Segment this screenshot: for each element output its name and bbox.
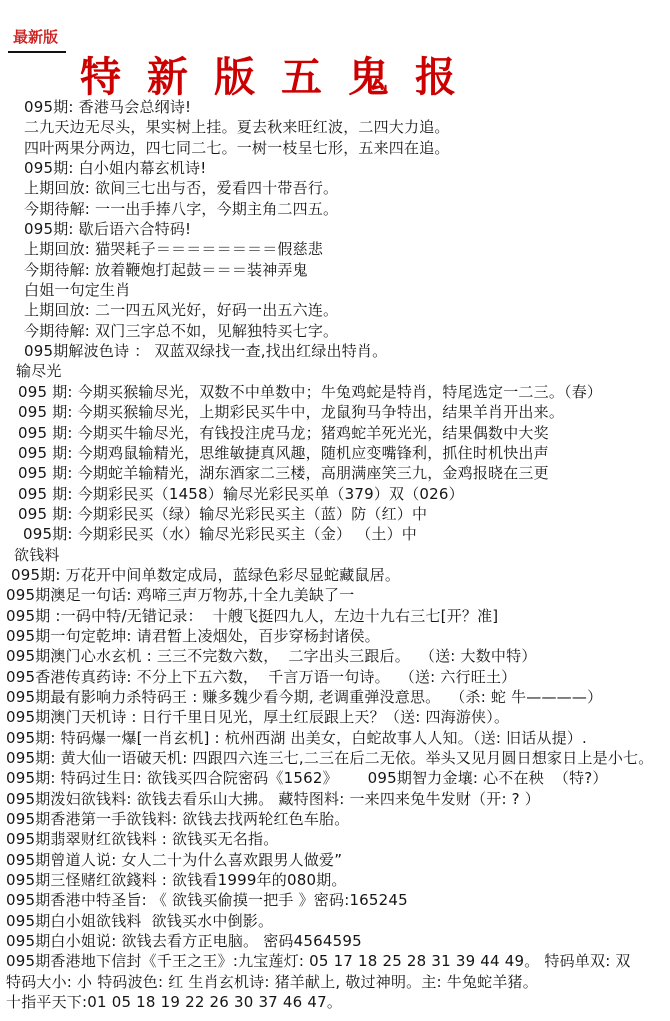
text-line: 095期: 万花开中间单数定成局，蓝绿色彩尽显蛇藏鼠居。 — [0, 565, 670, 585]
text-line: 095期: 黄大仙一语破天机: 四跟四六连三七,二三在后二无依。举头又见月圆日想… — [0, 748, 670, 768]
text-line: 095期三怪赌红欲錢料 : 欲钱看1999年的080期。 — [0, 870, 670, 890]
text-line: 095期: 特码爆一爆[一肖玄机] : 杭州西湖 出美女，白蛇故事人人知。（送:… — [0, 728, 670, 748]
text-line: 095 期: 今期蛇羊输精光，湖东酒家二三楼，高朋满座笑三九，金鸡报晓在三更 — [0, 463, 670, 483]
text-line: 095 期: 今期买猴输尽光，双数不中单数中；牛兔鸡蛇是特肖，特尾选定一二三。（… — [0, 382, 670, 402]
text-line: 095期香港地下信封《千王之王》:九宝莲灯: 05 17 18 25 28 31… — [0, 951, 670, 971]
text-line: 095 期: 今期买猴输尽光，上期彩民买牛中，龙鼠狗马争特出，结果羊肖开出来。 — [0, 402, 670, 422]
text-line: 095香港传真药诗: 不分上下五六数， 千言万语一句诗。 （送: 六行旺土） — [0, 667, 670, 687]
text-line: 上期回放: 猫哭耗子＝＝＝＝＝＝＝＝假慈悲 — [0, 239, 670, 259]
text-line: 095期: 特码过生日: 欲钱买四合院密码《1562》 095期智力金壤: 心不… — [0, 768, 670, 788]
section-heading: 输尽光 — [0, 361, 670, 381]
text-line: 四叶两果分两边，四七同二七。一树一枝呈七形，五来四在追。 — [0, 138, 670, 158]
text-line: 095期最有影响力杀特码王 : 赚多魏少看今期, 老调重弹没意思。 （杀: 蛇 … — [0, 687, 670, 707]
text-line: 095期泼妇欲钱料: 欲钱去看乐山大拂。 藏特图料: 一来四来兔牛发财（开: ?… — [0, 789, 670, 809]
text-line: 特码大小: 小 特码波色: 红 生肖玄机诗: 猪羊献上, 敬过神明。主: 牛兔蛇… — [0, 972, 670, 992]
text-line: 095期澳门天机诗 : 日行千里日见光，厚土红辰跟上天？（送: 四海游侠）。 — [0, 707, 670, 727]
text-line: 095期翡翠财红欲钱料 : 欲钱买无名指。 — [0, 829, 670, 849]
text-line: 十指平天下:01 05 18 19 22 26 30 37 46 47。 — [0, 992, 670, 1012]
text-line: 095 期: 今期鸡鼠输精光，思维敏捷真风趣，随机应变嘴锋利，抓住时机快出声 — [0, 443, 670, 463]
text-line: 095期 :一码中特/无错记录： 十艘飞挺四九人，左边十九右三七[开？准] — [0, 606, 670, 626]
flyer-page: 最新版 特新版五鬼报 095期: 香港马会总纲诗!二九天边无尽头，果实树上挂。夏… — [0, 0, 670, 1021]
text-line: 095 期: 今期彩民买（绿）输尽光彩民买主（蓝）防（红）中 — [0, 504, 670, 524]
text-line: 095期: 白小姐内幕玄机诗! — [0, 158, 670, 178]
text-line: 095期一句定乾坤: 请君暂上凌烟处，百步穿杨封诸侯。 — [0, 626, 670, 646]
text-line: 095期: 今期彩民买（水）输尽光彩民买主（金） （土）中 — [0, 524, 670, 544]
text-line: 095期: 香港马会总纲诗! — [0, 97, 670, 117]
text-line: 上期回放: 二一四五风光好，好码一出五六连。 — [0, 300, 670, 320]
text-line: 095期曾道人说: 女人二十为什么喜欢跟男人做爱” — [0, 850, 670, 870]
section-heading: 欲钱料 — [0, 545, 670, 565]
text-line: 095 期: 今期买牛输尽光，有钱投注虎马龙；猪鸡蛇羊死光光，结果偶数中大奖 — [0, 423, 670, 443]
text-line: 白姐一句定生肖 — [0, 280, 670, 300]
text-line: 上期回放: 欲间三七出与否，爱看四十带吾行。 — [0, 178, 670, 198]
text-line: 今期待解: 双门三字总不如，见解独特买七字。 — [0, 321, 670, 341]
text-line: 095期白小姐欲钱料 欲钱买水中倒影。 — [0, 911, 670, 931]
text-line: 今期待解: 放着鞭炮打起鼓＝＝＝装神弄鬼 — [0, 260, 670, 280]
text-line: 095期香港第一手欲钱料: 欲钱去找两轮红色车胎。 — [0, 809, 670, 829]
text-line: 095期解波色诗 ： 双蓝双绿找一查,找出红绿出特肖。 — [0, 341, 670, 361]
text-line: 今期待解: 一一出手捧八字，今期主角二四五。 — [0, 199, 670, 219]
edition-underline — [8, 51, 66, 53]
text-line: 095期澳门心水玄机 : 三三不完数六数， 二字出头三跟后。 （送: 大数中特） — [0, 646, 670, 666]
page-title: 特新版五鬼报 — [80, 44, 482, 103]
text-line: 095 期: 今期彩民买（1458）输尽光彩民买单（379）双（026） — [0, 484, 670, 504]
text-line: 二九天边无尽头，果实树上挂。夏去秋来旺红波，二四大力追。 — [0, 117, 670, 137]
edition-label: 最新版 — [13, 26, 58, 47]
text-line: 095期白小姐说: 欲钱去看方正电脑。 密码4564595 — [0, 931, 670, 951]
text-line: 095期: 歇后语六合特码! — [0, 219, 670, 239]
text-line: 095期香港中特圣旨: 《 欲钱买偷摸一把手 》密码:165245 — [0, 890, 670, 910]
content: 095期: 香港马会总纲诗!二九天边无尽头，果实树上挂。夏去秋来旺红波，二四大力… — [0, 97, 670, 1012]
text-line: 095期澳足一句话: 鸡啼三声万物苏,十全九美缺了一 — [0, 585, 670, 605]
